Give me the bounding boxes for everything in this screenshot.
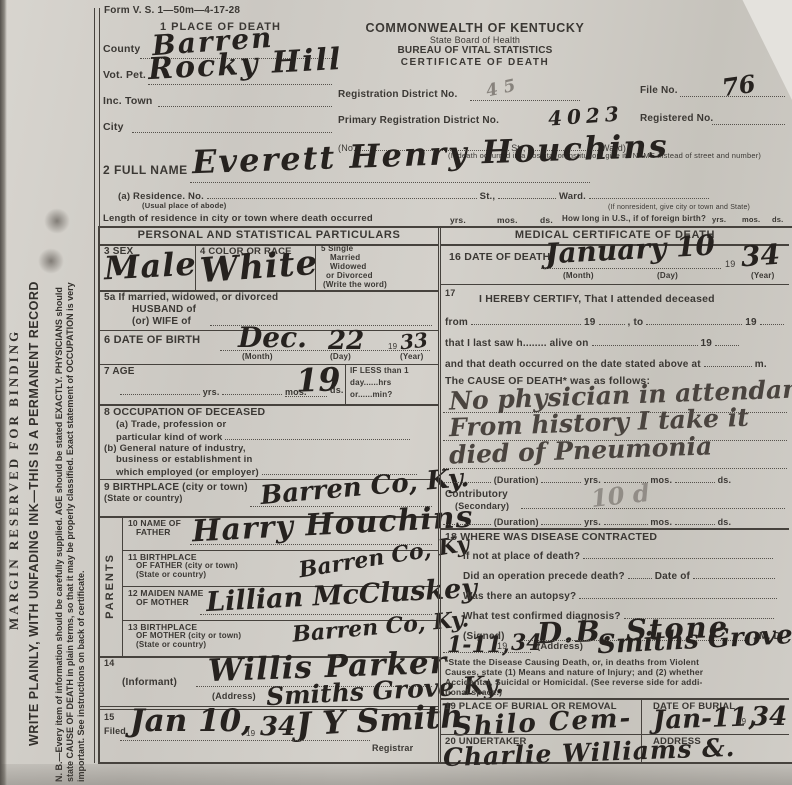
file-no-label: File No.	[640, 86, 678, 97]
yrs-label: yrs.	[584, 517, 601, 527]
duration-label: (Duration)	[494, 475, 539, 485]
undertaker-address-label: ADDRESS	[653, 737, 701, 747]
registered-no-label: Registered No.	[640, 114, 713, 125]
where-contracted-label: 18 WHERE WAS DISEASE CONTRACTED	[445, 532, 657, 543]
ds-label: ds.	[540, 216, 553, 225]
howlong-label: How long in U.S., if of foreign birth?	[562, 215, 706, 224]
dotted-leader	[207, 190, 477, 199]
ds-label: ds.	[718, 475, 732, 485]
birthplace-sublabel: (State or country)	[104, 494, 183, 504]
to-label: , to	[628, 317, 644, 328]
dotted-leader	[583, 550, 773, 559]
full-name-handwriting: Everett Henry Houchins	[192, 130, 670, 179]
day-caption: (Day)	[657, 272, 678, 281]
margin-write-plainly-text: WRITE PLAINLY, WITH UNFADING INK—THIS IS…	[27, 84, 41, 746]
dotted-leader	[222, 386, 282, 395]
length-of-residence-label: Length of residence in city or town wher…	[103, 214, 373, 224]
year-caption: (Year)	[400, 353, 423, 362]
dotted-leader	[443, 474, 491, 483]
informant-number: 14	[104, 659, 114, 669]
dob-label: 6 DATE OF BIRTH	[104, 335, 200, 347]
dotted-line	[148, 84, 332, 85]
primary-district-label: Primary Registration District No.	[338, 116, 499, 127]
dob-year-handwriting: 33	[399, 330, 429, 353]
footnote-line4: tional space.)	[445, 688, 502, 697]
preprinted-19: 19	[584, 317, 596, 328]
mos-label: mos.	[650, 475, 672, 485]
primary-district-value-handwriting: 4023	[547, 103, 624, 128]
operation-label: Did an operation precede death?	[463, 571, 625, 582]
last-saw-line: that I last saw h........ alive on 19	[445, 337, 739, 350]
if-married-label: 5a If married, widowed, or divorced	[104, 293, 278, 304]
race-value-handwriting: White	[199, 246, 319, 288]
dotted-line	[132, 132, 332, 133]
autopsy-line: Was there an autopsy?	[463, 590, 777, 603]
dotted-leader	[443, 516, 491, 525]
sex-value-handwriting: Male	[103, 248, 197, 285]
attended-from-line: from 19 , to 19	[445, 316, 784, 329]
mother-birthplace-label3: (State or country)	[136, 641, 206, 650]
personal-particulars-column: PERSONAL AND STATISTICAL PARTICULARS 3 S…	[100, 228, 438, 762]
duration-line1: (Duration) yrs. mos. ds.	[443, 474, 731, 486]
duration-label: (Duration)	[494, 517, 539, 527]
dotted-leader	[498, 190, 556, 199]
dotted-leader	[541, 516, 581, 525]
registration-district-label: Registration District No.	[338, 90, 457, 101]
dotted-line	[521, 508, 785, 509]
dotted-leader	[589, 190, 709, 199]
occupation-b-label: which employed (or employer)	[116, 467, 259, 478]
full-name-label: 2 FULL NAME	[103, 164, 188, 177]
dotted-leader	[646, 316, 742, 325]
dod-preprinted-19: 19	[725, 260, 735, 270]
bureau-subheading: BUREAU OF VITAL STATISTICS	[340, 46, 610, 57]
dotted-line	[541, 268, 721, 269]
margin-nb-note: N. B.—Every item of information should b…	[54, 46, 87, 782]
m-label: m.	[755, 359, 767, 370]
dotted-line	[158, 106, 332, 107]
nonresident-note: (If nonresident, give city or town and S…	[608, 204, 750, 212]
signed-address-label: (Address)	[537, 642, 583, 652]
death-certificate-scan: MARGIN RESERVED FOR BINDING WRITE PLAINL…	[0, 0, 792, 785]
occupation-a-line2: particular kind of work	[116, 431, 410, 443]
filed-label: Filed	[104, 727, 126, 737]
occupation-b-line2: business or establishment in	[116, 455, 253, 465]
dotted-line	[443, 468, 787, 469]
personal-particulars-heading: PERSONAL AND STATISTICAL PARTICULARS	[100, 230, 438, 242]
dotted-leader	[120, 386, 200, 395]
cell-divider	[345, 364, 346, 404]
yrs-label: yrs.	[450, 216, 466, 225]
year-caption: (Year)	[751, 272, 774, 281]
registrar-label: Registrar	[372, 744, 413, 754]
dotted-leader	[592, 337, 698, 346]
dotted-leader	[225, 431, 410, 440]
sig-preprinted-19: 19	[497, 642, 507, 652]
occupation-label: 8 OCCUPATION OF DECEASED	[104, 407, 265, 418]
dotted-line	[285, 396, 327, 397]
date-of-death-label: 16 DATE OF DEATH	[449, 252, 550, 263]
month-caption: (Month)	[563, 272, 594, 281]
marital-write-word: (Write the word)	[323, 281, 387, 290]
certificate-title: CERTIFICATE OF DEATH	[340, 58, 610, 69]
dotted-line	[220, 350, 430, 351]
bottom-paper-edge	[0, 764, 792, 785]
secondary-label: (Secondary)	[455, 502, 509, 512]
mos-label: mos.	[497, 216, 518, 225]
particulars-table: PERSONAL AND STATISTICAL PARTICULARS 3 S…	[98, 226, 792, 764]
margin-nb-line1: N. B.—Every item of information should b…	[54, 46, 65, 782]
if-not-line: if not at place of death?	[463, 550, 773, 563]
rule	[441, 284, 789, 285]
inc-town-label: Inc. Town	[103, 96, 152, 107]
medical-certificate-column: MEDICAL CERTIFICATE OF DEATH 16 DATE OF …	[438, 228, 790, 762]
precinct-value-handwriting: Rocky Hill	[147, 45, 343, 85]
age-units-line: yrs. mos.	[120, 386, 307, 398]
dotted-leader	[760, 316, 784, 325]
margin-binding-text: MARGIN RESERVED FOR BINDING	[6, 270, 22, 630]
footnote-line1: *State the Disease Causing Death, or, in…	[445, 658, 699, 667]
date-of-death-handwriting: January 10	[544, 232, 715, 269]
margin-nb-line2: state CAUSE OF DEATH in plain terms, so …	[65, 46, 76, 782]
contributory-value-handwriting: 10 d	[590, 481, 651, 511]
dod-year-handwriting: 34	[740, 241, 781, 272]
death-occurred-label: and that death occurred on the date stat…	[445, 359, 701, 370]
dotted-leader	[471, 316, 581, 325]
ds-label: ds.	[718, 517, 732, 527]
dotted-leader	[675, 516, 715, 525]
dotted-line	[712, 124, 785, 125]
certify-statement: I HEREBY CERTIFY, That I attended deceas…	[479, 294, 715, 305]
dotted-leader	[704, 358, 752, 367]
mother-name-label2: OF MOTHER	[136, 598, 189, 607]
occupation-a-label: particular kind of work	[116, 432, 222, 443]
st-label: St.,	[480, 191, 496, 202]
yrs-label: yrs.	[712, 216, 726, 224]
margin-nb-line3: important. See instructions on back of c…	[76, 46, 87, 782]
rule	[100, 364, 438, 365]
informant-address-label: (Address)	[212, 692, 256, 702]
if-not-label: if not at place of death?	[463, 551, 580, 562]
month-caption: (Month)	[242, 353, 273, 362]
dotted-leader	[693, 570, 775, 579]
precinct-label: Vot. Pet.	[103, 70, 146, 81]
dotted-line	[470, 100, 580, 101]
autopsy-label: Was there an autopsy?	[463, 591, 576, 602]
wife-of-label: (or) WIFE of	[132, 317, 191, 328]
filed-preprinted-19: 19	[246, 730, 255, 739]
dotted-line	[190, 182, 590, 183]
dotted-leader	[541, 474, 581, 483]
margin-write-plainly-line: WRITE PLAINLY, WITH UNFADING INK—THIS IS…	[27, 281, 41, 746]
dotted-leader	[579, 590, 777, 599]
footnote-line2: Causes, state (1) Means and nature of In…	[445, 668, 703, 677]
cause-line3-handwriting: died of Pneumonia	[449, 433, 713, 467]
file-no-value-handwriting: 76	[720, 72, 756, 100]
footnote-line3: Accidental, Suicidal or Homicidal. (See …	[445, 678, 703, 687]
rule	[441, 528, 789, 530]
dotted-line	[443, 652, 531, 653]
husband-of-label: HUSBAND of	[132, 305, 196, 316]
ds-label: ds.	[330, 386, 344, 396]
commonwealth-heading: COMMONWEALTH OF KENTUCKY	[340, 22, 610, 36]
filed-number: 15	[104, 713, 114, 723]
date-of-label: Date of	[655, 571, 690, 582]
filed-date-handwriting: Jan 10,	[130, 706, 252, 737]
dotted-leader	[675, 474, 715, 483]
mos-label: mos.	[742, 216, 760, 224]
ward-label: Ward.	[559, 191, 586, 202]
informant-label: (Informant)	[122, 678, 177, 689]
operation-line: Did an operation precede death? Date of	[463, 570, 775, 583]
rule	[441, 734, 789, 735]
last-saw-label: that I last saw h........ alive on	[445, 338, 589, 349]
from-label: from	[445, 317, 468, 328]
certify-number: 17	[445, 289, 455, 299]
county-label: County	[103, 44, 140, 55]
if-less-line3: or......min?	[350, 391, 392, 400]
occupation-a-line1: (a) Trade, profession or	[116, 420, 226, 430]
abode-sublabel: (Usual place of abode)	[142, 202, 226, 210]
preprinted-19: 19	[745, 317, 757, 328]
city-label: City	[103, 122, 124, 133]
dotted-leader	[599, 316, 625, 325]
parents-vertical-label: PARENTS	[105, 546, 117, 626]
dotted-leader	[715, 337, 739, 346]
ds-label: ds.	[772, 216, 783, 224]
duration-line2: (Duration) yrs. mos. ds.	[443, 516, 731, 528]
father-name-label2: FATHER	[136, 528, 171, 537]
filed-year-handwriting: 34	[260, 714, 296, 740]
yrs-label: yrs.	[203, 387, 220, 397]
burial-preprinted-19: 19	[737, 718, 746, 727]
if-less-line1: IF LESS than 1	[350, 367, 409, 376]
cell-divider	[315, 244, 316, 290]
registration-district-value-handwriting: 45	[485, 76, 523, 100]
preprinted-19: 19	[700, 338, 712, 349]
form-code: Form V. S. 1—50m—4-17-28	[104, 6, 240, 17]
dotted-leader	[628, 570, 652, 579]
contributory-label: Contributory	[445, 490, 508, 501]
dotted-line	[120, 740, 370, 741]
age-label: 7 AGE	[104, 367, 135, 378]
cell-divider	[195, 244, 196, 290]
occupation-b-line1: (b) General nature of industry,	[104, 444, 246, 454]
dotted-leader	[604, 516, 648, 525]
dob-month-handwriting: Dec.	[238, 324, 307, 352]
father-birthplace-label3: (State or country)	[136, 571, 206, 580]
burial-year-handwriting: 34	[751, 704, 787, 730]
mos-label: mos.	[650, 517, 672, 527]
rule	[441, 698, 789, 700]
if-less-line2: day......hrs	[350, 379, 391, 388]
death-occurred-line: and that death occurred on the date stat…	[445, 358, 767, 371]
